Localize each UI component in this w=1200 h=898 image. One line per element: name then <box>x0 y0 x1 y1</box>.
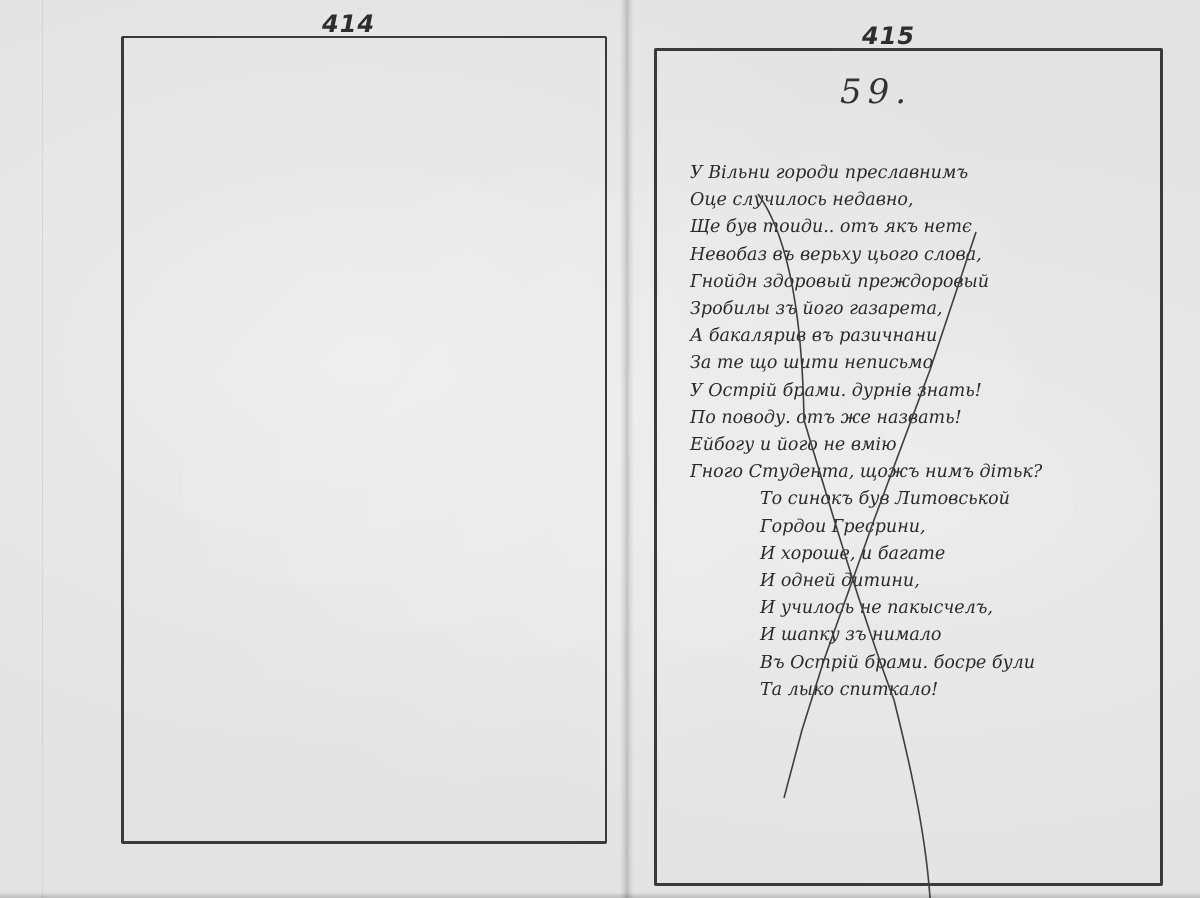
poem-line: По поводу. отъ же назвать! <box>690 405 1170 432</box>
poem-line: И хороше, и багате <box>690 541 1170 568</box>
poem-line: И шапку зъ нимало <box>690 622 1170 649</box>
poem-line: И одней дитини, <box>690 568 1170 595</box>
poem-line: За те що шити неписьмо <box>690 350 1170 377</box>
folio-number-right: 415 <box>862 22 915 50</box>
folio-number-left: 414 <box>322 10 375 38</box>
poem-line: То синокъ був Литовськой <box>690 486 1170 513</box>
poem-line: Ейбогу и його не вмію <box>690 432 1170 459</box>
poem-line: Та лыко спиткало! <box>690 677 1170 704</box>
poem-line: У Вільни городи преславнимъ <box>690 160 1170 187</box>
poem-line: Зробилы зъ його газарета, <box>690 296 1170 323</box>
poem-line: У Острій брами. дурнів знать! <box>690 378 1170 405</box>
book-gutter <box>620 0 634 898</box>
manuscript-spread: 414 415 59. У Вільни городи преславнимъ … <box>0 0 1200 898</box>
poem-line: Невобаз въ верьху цього слова, <box>690 242 1170 269</box>
left-page-frame <box>121 36 607 844</box>
poem-line: Гнойдн здоровый преждоровый <box>690 269 1170 296</box>
poem-number: 59. <box>840 72 912 112</box>
poem-line: Въ Острій брами. босре були <box>690 650 1170 677</box>
right-page: 415 59. У Вільни городи преславнимъ Оце … <box>634 0 1200 898</box>
poem-line: И училось не пакысчелъ, <box>690 595 1170 622</box>
poem-text: У Вільни городи преславнимъ Оце случилос… <box>690 160 1170 704</box>
left-page: 414 <box>0 0 620 898</box>
poem-line: А бакалярив въ разичнани <box>690 323 1170 350</box>
poem-line: Оце случилось недавно, <box>690 187 1170 214</box>
poem-line: Гного Студента, щожъ нимъ дітьк? <box>690 459 1170 486</box>
poem-line: Гордои Гресрини, <box>690 514 1170 541</box>
scan-edge-shadow <box>0 892 1200 898</box>
poem-line: Ще був тоиди.. отъ якъ нетє <box>690 214 1170 241</box>
